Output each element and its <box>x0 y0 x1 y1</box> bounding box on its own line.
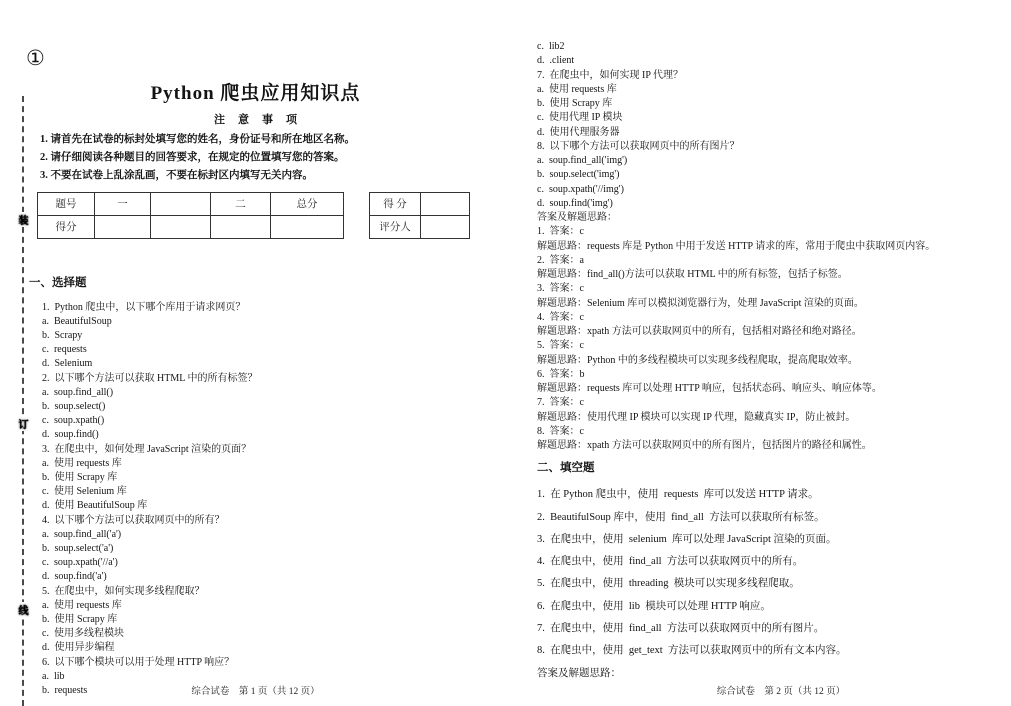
answer-list: 1. 答案：c 解题思路：requests 库是 Python 中用于发送 HT… <box>537 225 1007 453</box>
answer-line: 解题思路：xpath 方法可以获取网页中的所有，包括相对路径和绝对路径。 <box>537 325 1007 339</box>
question-line: c. requests <box>42 343 511 357</box>
fill-blank-item: 1. 在 Python 爬虫中，使用 requests 库可以发送 HTTP 请… <box>537 484 1007 506</box>
section-2-heading: 二、填空题 <box>537 459 1007 475</box>
question-line: a. 使用 requests 库 <box>42 457 511 471</box>
question-line: 4. 以下哪个方法可以获取网页中的所有？ <box>42 514 511 528</box>
fill-blank-item: 7. 在爬虫中，使用 find_all 方法可以获取网页中的所有图片。 <box>537 618 1007 640</box>
score-table-cell <box>271 215 344 238</box>
question-line: a. BeautifulSoup <box>42 315 511 329</box>
score-table-header-row: 题号 一 二 总分 <box>38 192 344 215</box>
question-line: a. soup.find_all('a') <box>42 528 511 542</box>
notice-item: 3. 不要在试卷上乱涂乱画，不要在标封区内填写无关内容。 <box>40 167 480 185</box>
page-2-footer: 综合试卷 第 2 页（共 12 页） <box>511 683 1011 697</box>
question-line: c. soup.xpath('//a') <box>42 556 511 570</box>
notice-item: 2. 请仔细阅读各种题目的回答要求，在规定的位置填写您的答案。 <box>40 149 480 167</box>
score-table-cell: 总分 <box>271 192 344 215</box>
question-line: a. 使用 requests 库 <box>537 83 1007 97</box>
question-line: a. 使用 requests 库 <box>42 599 511 613</box>
grader-table-row: 得 分 <box>370 192 470 215</box>
grader-table-cell: 评分人 <box>370 215 421 238</box>
answer-line: 7. 答案：c <box>537 396 1007 410</box>
question-line: d. Selenium <box>42 357 511 371</box>
score-table-cell <box>151 215 211 238</box>
score-table-cell <box>211 215 271 238</box>
answer-line: 8. 答案：c <box>537 425 1007 439</box>
exam-title: Python 爬虫应用知识点 <box>0 78 511 105</box>
answer-line: 解题思路：requests 库是 Python 中用于发送 HTTP 请求的库，… <box>537 240 1007 254</box>
grader-table: 得 分 评分人 <box>369 192 470 239</box>
question-line: b. 使用 Scrapy 库 <box>42 613 511 627</box>
question-line: 2. 以下哪个方法可以获取 HTML 中的所有标签？ <box>42 372 511 386</box>
answer-line: 1. 答案：c <box>537 225 1007 239</box>
answer-line: 3. 答案：c <box>537 282 1007 296</box>
score-table-cell: 一 <box>95 192 151 215</box>
grader-table-cell <box>421 192 470 215</box>
answer-line: 5. 答案：c <box>537 339 1007 353</box>
question-line: b. 使用 Scrapy 库 <box>42 471 511 485</box>
page-2-content: c. lib2 d. .client 7. 在爬虫中，如何实现 IP 代理？ a… <box>537 40 1007 680</box>
score-table-score-row: 得分 <box>38 215 344 238</box>
page-1: ① 装 订 线 Python 爬虫应用知识点 注意事项 1. 请首先在试卷的标封… <box>0 0 511 706</box>
question-line: d. .client <box>537 54 1007 68</box>
question-line: b. soup.select('a') <box>42 542 511 556</box>
fill-blank-item: 3. 在爬虫中，使用 selenium 库可以处理 JavaScript 渲染的… <box>537 529 1007 551</box>
question-line: 8. 以下哪个方法可以获取网页中的所有图片？ <box>537 140 1007 154</box>
question-line: b. Scrapy <box>42 329 511 343</box>
answer-line: 2. 答案：a <box>537 254 1007 268</box>
answers-heading-2: 答案及解题思路： <box>537 665 1007 680</box>
question-line: b. soup.select('img') <box>537 168 1007 182</box>
answer-line: 解题思路：Python 中的多线程模块可以实现多线程爬取，提高爬取效率。 <box>537 354 1007 368</box>
question-line: 5. 在爬虫中，如何实现多线程爬取？ <box>42 585 511 599</box>
page-1-content: Python 爬虫应用知识点 注意事项 1. 请首先在试卷的标封处填写您的姓名，… <box>0 0 511 698</box>
score-table-cell: 得分 <box>38 215 95 238</box>
question-line: a. soup.find_all() <box>42 386 511 400</box>
page-1-footer: 综合试卷 第 1 页（共 12 页） <box>0 683 511 697</box>
answer-line: 解题思路：Selenium 库可以模拟浏览器行为，处理 JavaScript 渲… <box>537 297 1007 311</box>
question-line: c. soup.xpath('//img') <box>537 183 1007 197</box>
question-line: d. soup.find() <box>42 428 511 442</box>
question-line: 6. 以下哪个模块可以用于处理 HTTP 响应？ <box>42 656 511 670</box>
answer-line: 解题思路：使用代理 IP 模块可以实现 IP 代理，隐藏真实 IP，防止被封。 <box>537 411 1007 425</box>
question-line: b. 使用 Scrapy 库 <box>537 97 1007 111</box>
notice-list: 1. 请首先在试卷的标封处填写您的姓名，身份证号和所在地区名称。 2. 请仔细阅… <box>40 131 480 186</box>
question-line: c. lib2 <box>537 40 1007 54</box>
question-line: d. 使用异步编程 <box>42 641 511 655</box>
answer-line: 4. 答案：c <box>537 311 1007 325</box>
question-line: c. soup.xpath() <box>42 414 511 428</box>
question-line: c. 使用 Selenium 库 <box>42 485 511 499</box>
grader-table-row: 评分人 <box>370 215 470 238</box>
grader-table-cell <box>421 215 470 238</box>
answer-line: 6. 答案：b <box>537 368 1007 382</box>
score-table-cell <box>151 192 211 215</box>
choice-question-list: 1. Python 爬虫中，以下哪个库用于请求网页？ a. BeautifulS… <box>42 301 511 699</box>
answer-line: 解题思路：find_all()方法可以获取 HTML 中的所有标签，包括子标签。 <box>537 268 1007 282</box>
question-line: a. lib <box>42 670 511 684</box>
answer-line: 解题思路：requests 库可以处理 HTTP 响应，包括状态码、响应头、响应… <box>537 382 1007 396</box>
question-line: d. 使用 BeautifulSoup 库 <box>42 499 511 513</box>
question-line: a. soup.find_all('img') <box>537 154 1007 168</box>
question-line: 3. 在爬虫中，如何处理 JavaScript 渲染的页面？ <box>42 443 511 457</box>
fill-blank-item: 6. 在爬虫中，使用 lib 模块可以处理 HTTP 响应。 <box>537 596 1007 618</box>
fill-blank-item: 8. 在爬虫中，使用 get_text 方法可以获取网页中的所有文本内容。 <box>537 640 1007 662</box>
fill-blank-item: 5. 在爬虫中，使用 threading 模块可以实现多线程爬取。 <box>537 573 1007 595</box>
answer-line: 解题思路：xpath 方法可以获取网页中的所有图片，包括图片的路径和属性。 <box>537 439 1007 453</box>
question-line: b. soup.select() <box>42 400 511 414</box>
fill-blank-list: 1. 在 Python 爬虫中，使用 requests 库可以发送 HTTP 请… <box>537 484 1007 662</box>
section-1-heading: 一、选择题 <box>29 274 511 290</box>
question-line: c. 使用多线程模块 <box>42 627 511 641</box>
score-table: 题号 一 二 总分 得分 <box>37 192 344 239</box>
score-table-cell: 二 <box>211 192 271 215</box>
notice-heading: 注意事项 <box>0 111 511 127</box>
choice-continuation-list: c. lib2 d. .client 7. 在爬虫中，如何实现 IP 代理？ a… <box>537 40 1007 211</box>
page-2: c. lib2 d. .client 7. 在爬虫中，如何实现 IP 代理？ a… <box>511 0 1011 706</box>
answers-heading: 答案及解题思路： <box>537 211 1007 225</box>
fill-blank-item: 2. BeautifulSoup 库中，使用 find_all 方法可以获取所有… <box>537 507 1007 529</box>
question-line: d. soup.find('a') <box>42 570 511 584</box>
question-line: 7. 在爬虫中，如何实现 IP 代理？ <box>537 69 1007 83</box>
exam-sheet: ① 装 订 线 Python 爬虫应用知识点 注意事项 1. 请首先在试卷的标封… <box>0 0 1011 706</box>
question-line: 1. Python 爬虫中，以下哪个库用于请求网页？ <box>42 301 511 315</box>
question-line: d. soup.find('img') <box>537 197 1007 211</box>
score-tables-row: 题号 一 二 总分 得分 <box>37 192 511 239</box>
score-table-cell <box>95 215 151 238</box>
question-line: c. 使用代理 IP 模块 <box>537 111 1007 125</box>
notice-item: 1. 请首先在试卷的标封处填写您的姓名，身份证号和所在地区名称。 <box>40 131 480 149</box>
grader-table-cell: 得 分 <box>370 192 421 215</box>
question-line: d. 使用代理服务器 <box>537 126 1007 140</box>
fill-blank-item: 4. 在爬虫中，使用 find_all 方法可以获取网页中的所有。 <box>537 551 1007 573</box>
score-table-cell: 题号 <box>38 192 95 215</box>
